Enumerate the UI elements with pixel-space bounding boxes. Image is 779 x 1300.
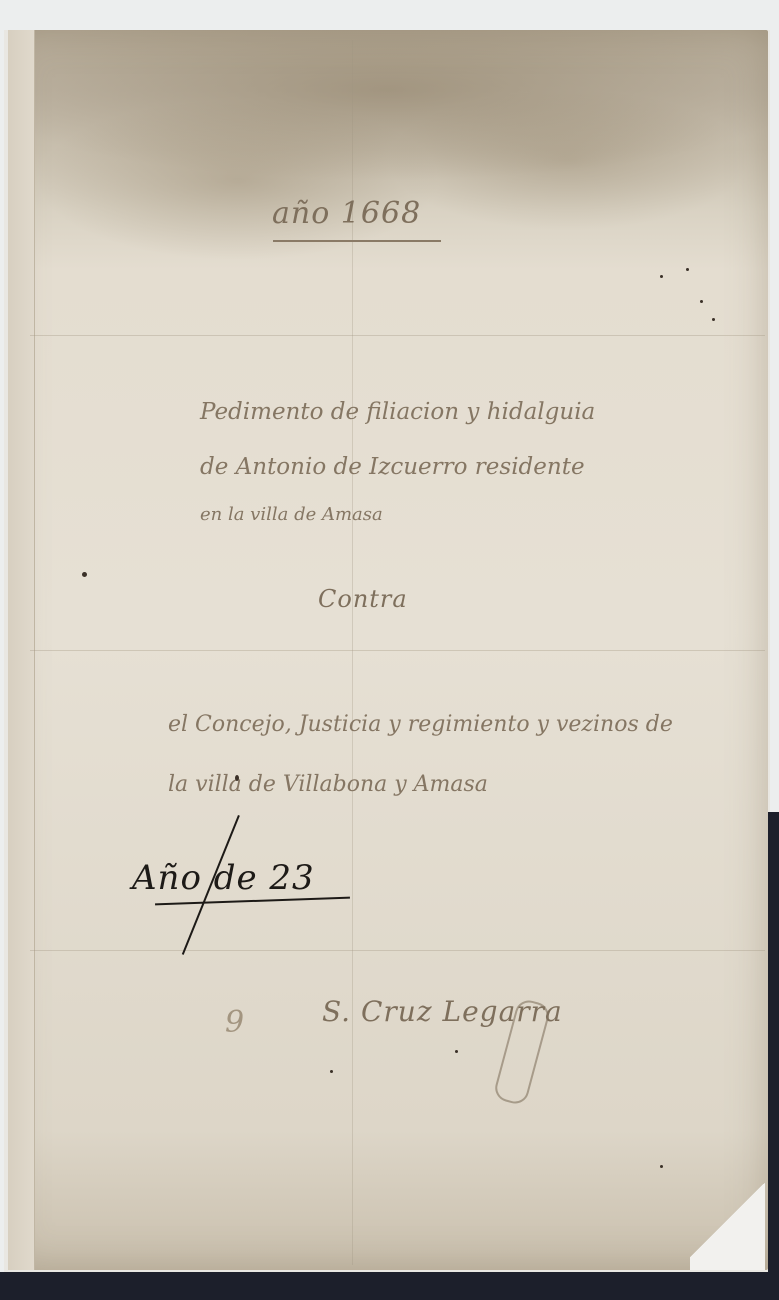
title-line: de Antonio de Izcuerro residente: [200, 440, 595, 495]
year-underline: [273, 240, 441, 242]
parties-block: el Concejo, Justicia y regimiento y vezi…: [168, 695, 673, 815]
margin-mark: 9: [225, 1005, 245, 1040]
torn-corner: [690, 1170, 765, 1270]
scanner-bed: [0, 1272, 779, 1300]
fold-line: [30, 335, 765, 336]
fold-line: [30, 950, 765, 951]
contra-label: Contra: [318, 585, 408, 613]
title-block: Pedimento de filiacion y hidalguia de An…: [200, 385, 595, 535]
fold-line: [30, 650, 765, 651]
title-line: en la villa de Amasa: [200, 495, 595, 535]
parties-line: la villa de Villabona y Amasa: [168, 755, 673, 815]
scanner-bed-edge: [768, 812, 779, 1300]
parties-line: el Concejo, Justicia y regimiento y vezi…: [168, 695, 673, 755]
title-line: Pedimento de filiacion y hidalguia: [200, 385, 595, 440]
year-heading: año 1668: [272, 196, 421, 231]
folio-note: Año de 23: [132, 858, 315, 898]
